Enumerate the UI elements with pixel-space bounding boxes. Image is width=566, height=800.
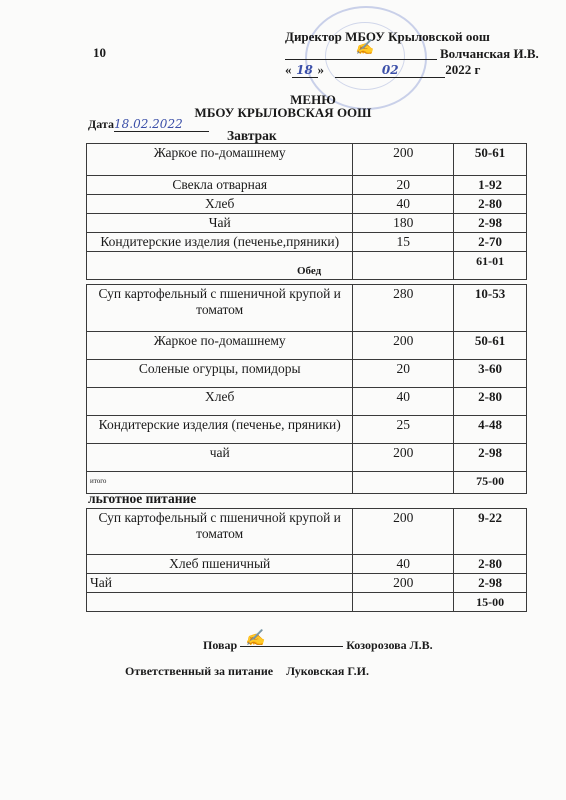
page-number: 10 (93, 45, 106, 61)
dish-price: 9-22 (454, 509, 527, 555)
breakfast-table: Жаркое по-домашнему 200 50-61 Свекла отв… (86, 143, 527, 280)
table-row: Хлеб 40 2-80 (87, 195, 527, 214)
dish-price: 3-60 (454, 360, 527, 388)
dish-name: Чай (87, 574, 353, 593)
lunch-table: Суп картофельный с пшеничной крупой и то… (86, 284, 527, 494)
total-row: 15-00 (87, 593, 527, 612)
cook-signature: ✍ (245, 628, 265, 647)
dish-name: Чай (87, 214, 353, 233)
dish-price: 4-48 (454, 416, 527, 444)
dish-price: 50-61 (454, 144, 527, 176)
subsidized-table: Суп картофельный с пшеничной крупой и то… (86, 508, 527, 612)
table-row: Хлеб 40 2-80 (87, 388, 527, 416)
dish-price: 2-80 (454, 555, 527, 574)
dish-name: Хлеб пшеничный (87, 555, 353, 574)
school-name: МБОУ КРЫЛОВСКАЯ ООШ (0, 105, 566, 121)
table-row: Соленые огурцы, помидоры 20 3-60 (87, 360, 527, 388)
dish-name: Суп картофельный с пшеничной крупой и то… (87, 509, 353, 555)
table-row: Чай 180 2-98 (87, 214, 527, 233)
table-row: Жаркое по-домашнему 200 50-61 (87, 144, 527, 176)
dish-price: 2-70 (454, 233, 527, 252)
table-row: Суп картофельный с пшеничной крупой и то… (87, 285, 527, 332)
dish-price: 50-61 (454, 332, 527, 360)
dish-name: Кондитерские изделия (печенье,пряники) (87, 233, 353, 252)
cook-name: Козорозова Л.В. (346, 638, 432, 652)
dish-name: Хлеб (87, 195, 353, 214)
approver-signature: ✍ (355, 38, 374, 56)
dish-qty: 20 (353, 360, 454, 388)
dish-qty: 200 (353, 444, 454, 472)
dish-name: Хлеб (87, 388, 353, 416)
date-label: Дата (88, 117, 114, 131)
dish-price: 2-80 (454, 195, 527, 214)
approval-day: 18 (292, 63, 318, 78)
dish-qty: 25 (353, 416, 454, 444)
dish-qty: 200 (353, 144, 454, 176)
approver-title: Директор МБОУ Крыловской оош (285, 29, 490, 45)
lunch-title: Обед (297, 265, 321, 277)
dish-name: Жаркое по-домашнему (87, 332, 353, 360)
table-row: чай 200 2-98 (87, 444, 527, 472)
subsidized-title: льготное питание (88, 491, 196, 507)
dish-qty: 15 (353, 233, 454, 252)
table-row: Хлеб пшеничный 40 2-80 (87, 555, 527, 574)
table-row: Чай 200 2-98 (87, 574, 527, 593)
table-row: Кондитерские изделия (печенье,пряники) 1… (87, 233, 527, 252)
dish-qty: 40 (353, 195, 454, 214)
date-close-quote: » (318, 62, 325, 77)
responsible-name: Луковская Г.И. (286, 664, 369, 678)
dish-qty: 200 (353, 574, 454, 593)
responsible-label: Ответственный за питание (125, 664, 273, 678)
date-value: 18.02.2022 (114, 117, 209, 132)
lunch-total: 75-00 (454, 472, 527, 494)
dish-name: Суп картофельный с пшеничной крупой и то… (87, 285, 353, 332)
dish-price: 2-98 (454, 444, 527, 472)
subsidized-total: 15-00 (454, 593, 527, 612)
dish-name: Кондитерские изделия (печенье, пряники) (87, 416, 353, 444)
approver-name: Волчанская И.В. (440, 46, 539, 62)
dish-qty: 280 (353, 285, 454, 332)
dish-qty: 200 (353, 509, 454, 555)
dish-name: Жаркое по-домашнему (87, 144, 353, 176)
table-row: Свекла отварная 20 1-92 (87, 176, 527, 195)
dish-name: Свекла отварная (87, 176, 353, 195)
dish-price: 10-53 (454, 285, 527, 332)
dish-qty: 40 (353, 388, 454, 416)
dish-price: 2-80 (454, 388, 527, 416)
dish-qty: 200 (353, 332, 454, 360)
dish-qty: 40 (353, 555, 454, 574)
table-row: Кондитерские изделия (печенье, пряники) … (87, 416, 527, 444)
dish-price: 1-92 (454, 176, 527, 195)
dish-qty: 180 (353, 214, 454, 233)
approval-year: 2022 г (445, 62, 480, 77)
breakfast-total: 61-01 (454, 252, 527, 280)
dish-price: 2-98 (454, 574, 527, 593)
breakfast-title: Завтрак (227, 128, 277, 144)
dish-name: Соленые огурцы, помидоры (87, 360, 353, 388)
dish-price: 2-98 (454, 214, 527, 233)
cook-label: Повар (203, 638, 237, 652)
table-row: Суп картофельный с пшеничной крупой и то… (87, 509, 527, 555)
dish-qty: 20 (353, 176, 454, 195)
dish-name: чай (87, 444, 353, 472)
approver-signature-line (285, 59, 437, 60)
table-row: Жаркое по-домашнему 200 50-61 (87, 332, 527, 360)
approval-month: 02 (335, 63, 445, 78)
